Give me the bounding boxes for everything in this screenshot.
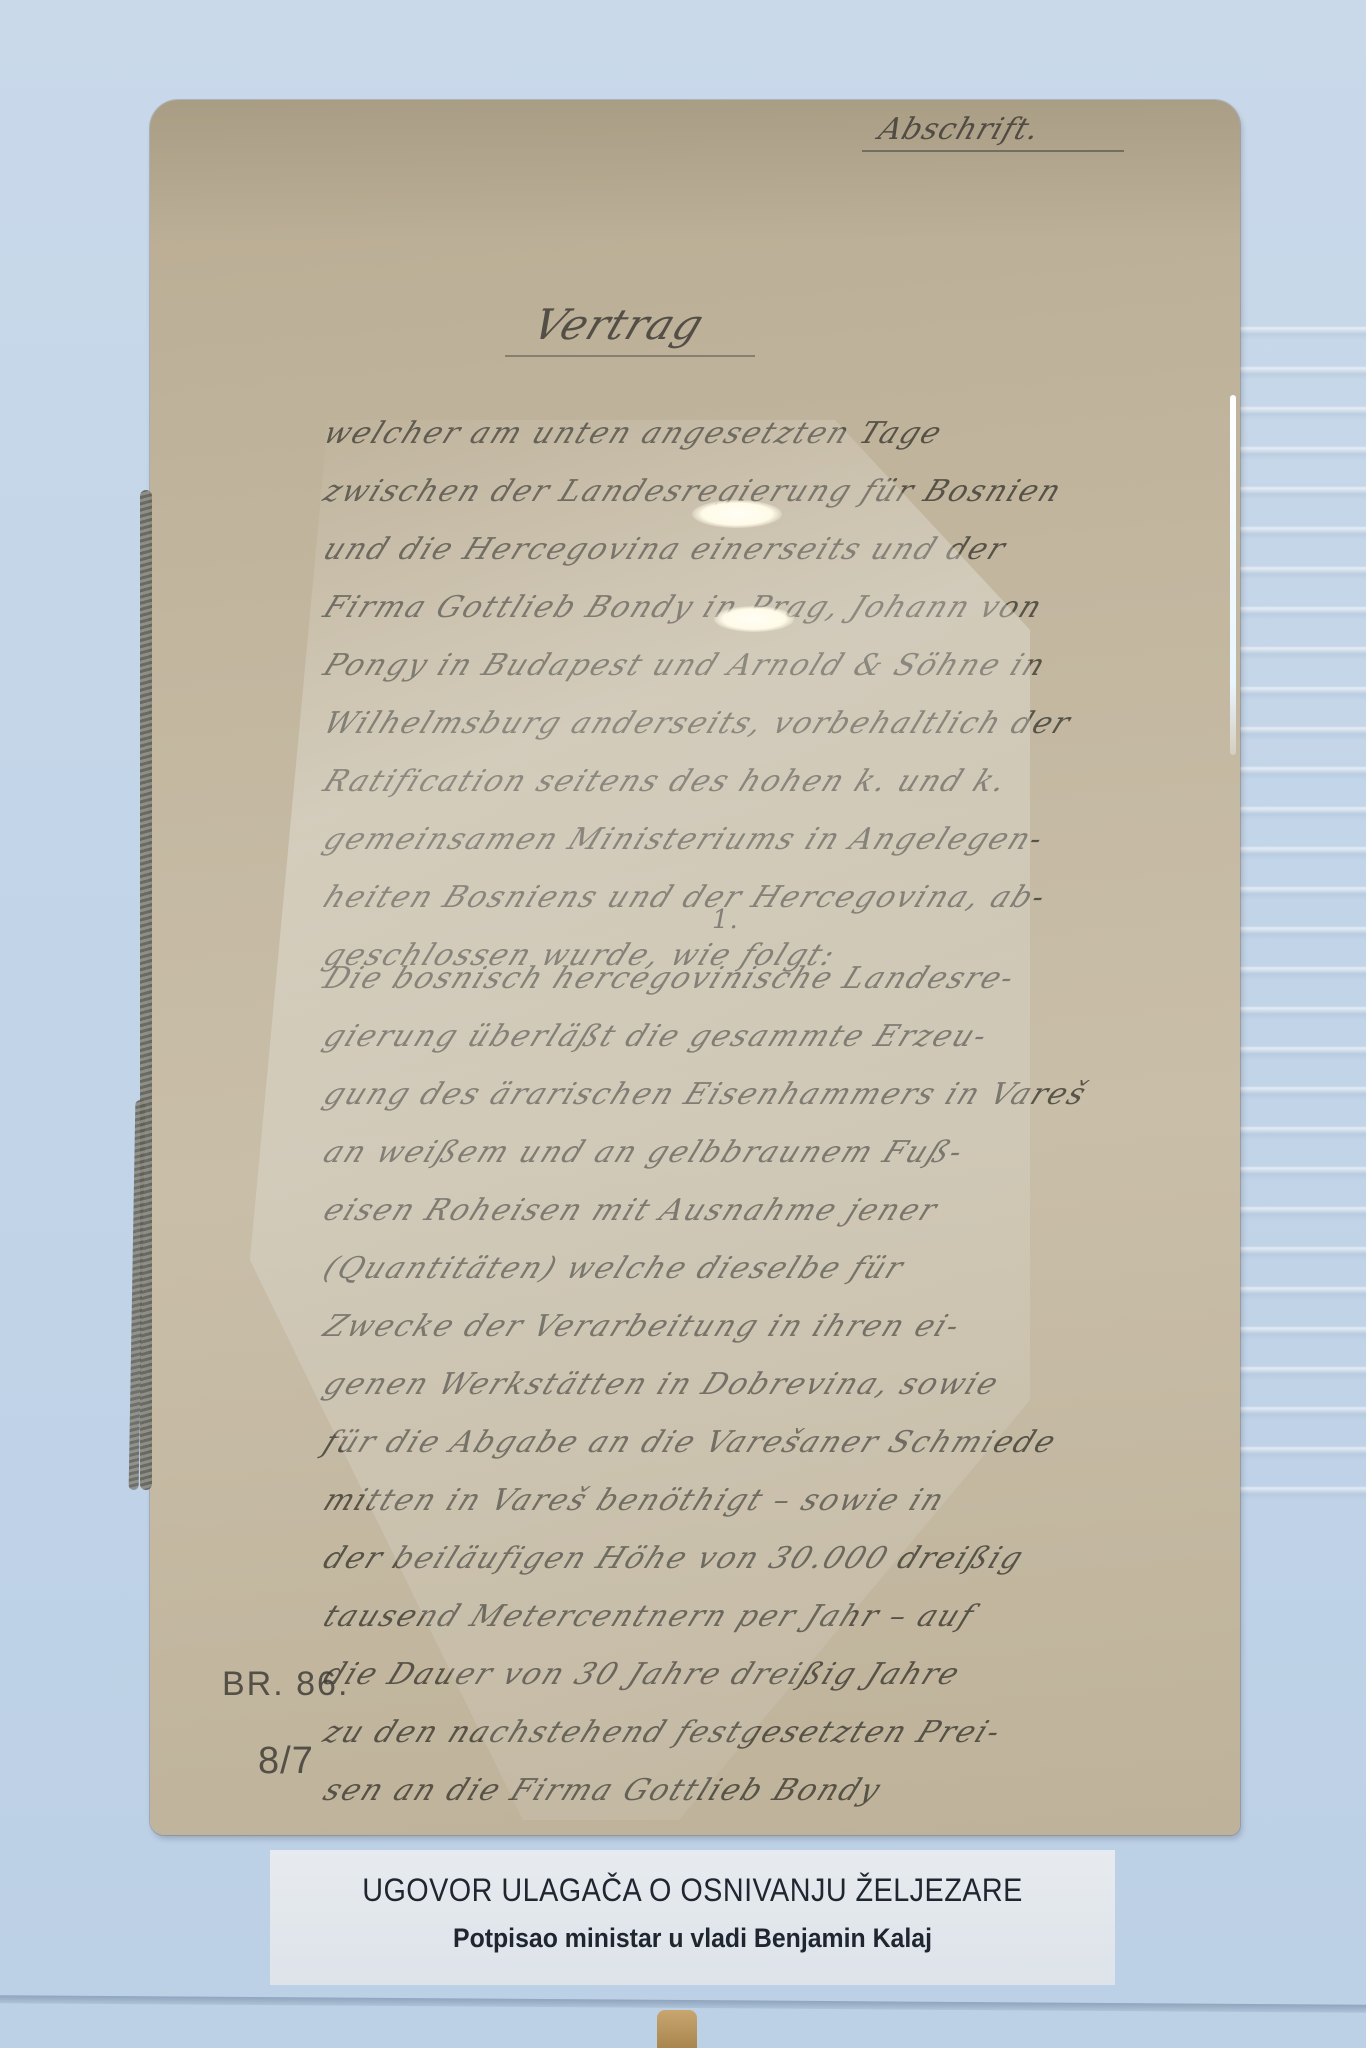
ceiling-light-reflection <box>692 500 782 528</box>
text-line: für die Abgabe an die Varešaner Schmiede <box>313 1414 1236 1472</box>
text-line: genen Werkstätten in Dobrevina, sowie <box>313 1356 1236 1414</box>
glass-edge-highlight <box>1230 395 1236 755</box>
text-line: gung des ärarischen Eisenhammers in Vare… <box>313 1066 1236 1124</box>
binding-cord <box>140 490 152 1490</box>
window-blind-reflection <box>1240 300 1366 1500</box>
text-line: gemeinsamen Ministeriums in Angelegen- <box>313 811 1236 869</box>
exhibit-caption-label: UGOVOR ULAGAČA O OSNIVANJU ŽELJEZARE Pot… <box>270 1850 1115 1985</box>
text-line: (Quantitäten) welche dieselbe für <box>313 1240 1236 1298</box>
ceiling-light-reflection <box>714 606 794 632</box>
text-line: sen an die Firma Gottlieb Bondy <box>313 1762 1236 1820</box>
text-line: und die Hercegovina einerseits und der <box>313 521 1236 579</box>
text-line: Ratification seitens des hohen k. und k. <box>313 753 1236 811</box>
mounting-clip <box>657 2010 697 2048</box>
paragraph-marker: 1. <box>712 905 739 935</box>
text-line: die Dauer von 30 Jahre dreißig Jahre <box>313 1646 1236 1704</box>
text-line: gierung überläßt die gesammte Erzeu- <box>313 1008 1236 1066</box>
archive-subnote: 8/7 <box>258 1740 314 1783</box>
caption-subtitle: Potpisao ministar u vladi Benjamin Kalaj <box>304 1923 1081 1954</box>
header-annotation: Abschrift. <box>874 112 1044 147</box>
text-line: Die bosnisch hercegovinische Landesre- <box>313 950 1236 1008</box>
document-title: Vertrag <box>526 300 711 349</box>
header-underline <box>862 150 1124 152</box>
text-line: Wilhelmsburg anderseits, vorbehaltlich d… <box>313 695 1236 753</box>
text-line: der beiläufigen Höhe von 30.000 dreißig <box>313 1530 1236 1588</box>
text-line: welcher am unten angesetzten Tage <box>313 405 1236 463</box>
text-line: eisen Roheisen mit Ausnahme jener <box>313 1182 1236 1240</box>
text-line: an weißem und an gelbbraunem Fuß- <box>313 1124 1236 1182</box>
body-text-part2: Die bosnisch hercegovinische Landesre- g… <box>325 950 1225 1820</box>
text-line: zu den nachstehend festgesetzten Prei- <box>313 1704 1236 1762</box>
body-text-part1: welcher am unten angesetzten Tage zwisch… <box>325 405 1225 985</box>
archive-number: BR. 86. <box>222 1665 349 1704</box>
text-line: mitten in Vareš benöthigt – sowie in <box>313 1472 1236 1530</box>
text-line: heiten Bosniens und der Hercegovina, ab- <box>313 869 1236 927</box>
text-line: Pongy in Budapest und Arnold & Söhne in <box>313 637 1236 695</box>
title-underline <box>505 355 755 357</box>
caption-title: UGOVOR ULAGAČA O OSNIVANJU ŽELJEZARE <box>312 1872 1073 1909</box>
text-line: tausend Metercentnern per Jahr – auf <box>313 1588 1236 1646</box>
text-line: Zwecke der Verarbeitung in ihren ei- <box>313 1298 1236 1356</box>
